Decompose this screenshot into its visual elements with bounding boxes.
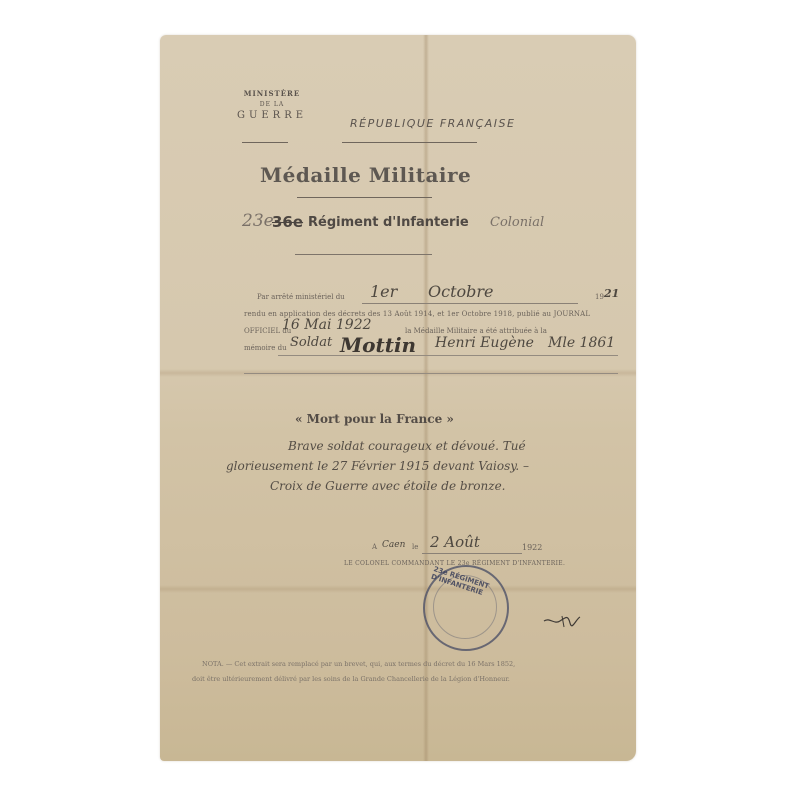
signing-year: 1922 [522, 543, 542, 552]
title-underline [297, 197, 432, 198]
ministry-line3: GUERRE [222, 110, 322, 121]
arrete-month: Octobre [428, 282, 494, 301]
mort-pour-la-france: « Mort pour la France » [295, 412, 454, 426]
citation-line1: Brave soldat courageux et dévoué. Tué [288, 439, 526, 453]
body-line1-prefix: Par arrêté ministériel du [257, 293, 345, 301]
regiment-stamp: 23e RÉGIMENT D'INFANTERIE [423, 565, 509, 651]
arrete-day: 1er [370, 282, 397, 301]
place-prefix: A [372, 543, 377, 551]
regiment-suffix-handwritten: Colonial [490, 215, 544, 230]
document-title: Médaille Militaire [260, 163, 471, 187]
arrete-year-prefix: 19 [595, 293, 604, 301]
footnote-line2: doit être ultérieurement délivré par les… [192, 675, 510, 683]
horizontal-fold [160, 585, 636, 593]
certificate-paper: MINISTÈRE DE LA GUERRE RÉPUBLIQUE FRANÇA… [160, 35, 636, 761]
regiment-number-handwritten: 23e [242, 211, 274, 231]
signature-icon [542, 613, 582, 629]
colonel-signature [542, 613, 582, 632]
ministry-line1: MINISTÈRE [222, 89, 322, 98]
journal-date: 16 Mai 1922 [282, 317, 372, 333]
body-line4-prefix: mémoire du [244, 344, 287, 352]
place-name: Caen [382, 540, 405, 550]
soldier-matricule: Mle 1861 [548, 335, 615, 351]
ministry-line2: DE LA [222, 101, 322, 108]
soldier-surname: Mottin [340, 333, 416, 357]
citation-line3: Croix de Guerre avec étoile de bronze. [270, 479, 505, 493]
soldier-given-names: Henri Eugène [435, 335, 534, 351]
regiment-number-printed: 36e [272, 213, 303, 231]
republic-underline [342, 142, 477, 143]
ministry-underline [242, 142, 288, 143]
republic-heading: RÉPUBLIQUE FRANÇAISE [350, 117, 515, 130]
place-le: le [412, 543, 418, 551]
ministry-header: MINISTÈRE DE LA GUERRE [222, 89, 322, 121]
blank-line [244, 373, 618, 374]
line4-underline [278, 355, 618, 356]
body-line3-suffix: la Médaille Militaire a été attribuée à … [405, 327, 547, 335]
signing-day-month: 2 Août [430, 533, 480, 551]
regiment-label: Régiment d'Infanterie [308, 215, 469, 230]
date-line [422, 553, 522, 554]
arrete-year-hand: 21 [604, 287, 619, 300]
regiment-underline [295, 254, 432, 255]
soldier-rank: Soldat [290, 335, 332, 350]
footnote-line1: NOTA. — Cet extrait sera remplacé par un… [202, 660, 515, 668]
vertical-fold [423, 35, 429, 761]
date-underline [362, 303, 578, 304]
citation-line2: glorieusement le 27 Février 1915 devant … [226, 459, 529, 473]
